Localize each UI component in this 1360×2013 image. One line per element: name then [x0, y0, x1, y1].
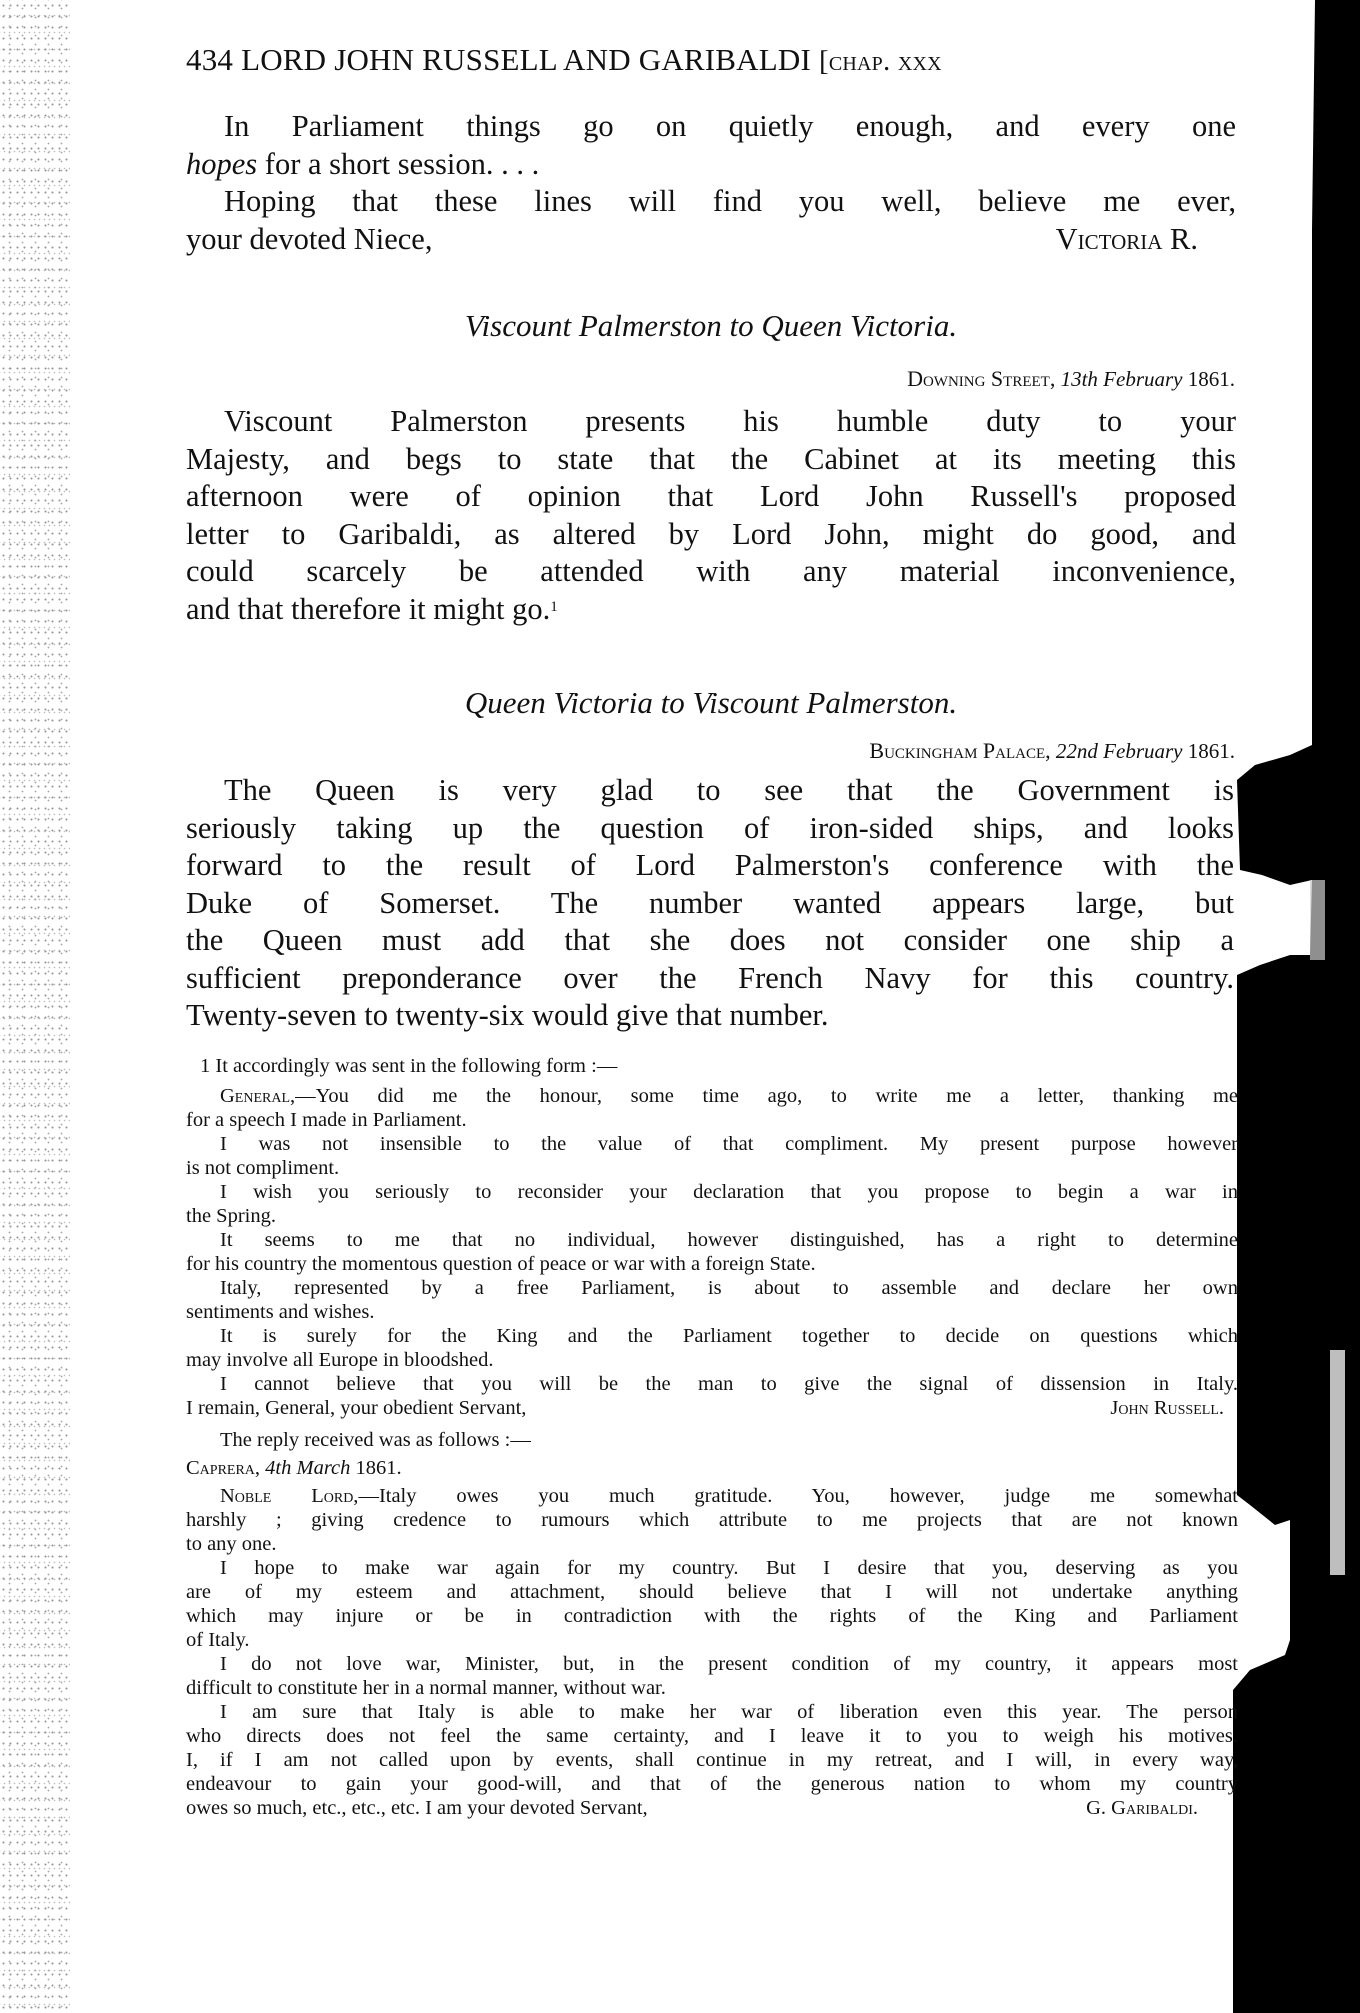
text-line: and that therefore it might go.1 — [186, 591, 1236, 629]
chapter-label: [chap. xxx — [819, 45, 942, 77]
text-line: Noble Lord,—Italy owes you much gratitud… — [186, 1484, 1238, 1508]
text-line: is not compliment. — [186, 1156, 1238, 1180]
date-year: 1861. — [1188, 739, 1235, 763]
signature: John Russell. — [1110, 1396, 1224, 1420]
dateline: Downing Street, 13th February 1861. — [907, 366, 1235, 392]
closing-line: your devoted Niece, Victoria R. — [186, 221, 1236, 259]
reply-dateline: Caprera, 4th March 1861. — [186, 1456, 1238, 1480]
text-line: to any one. — [186, 1532, 1238, 1556]
text: It accordingly was sent in the following… — [215, 1055, 617, 1077]
text-line: Italy, represented by a free Parliament,… — [186, 1276, 1238, 1300]
text-line: letter to Garibaldi, as altered by Lord … — [186, 516, 1236, 554]
text-line: hopes for a short session. . . . — [186, 146, 1236, 184]
footnote-intro: 1 It accordingly was sent in the followi… — [186, 1054, 1238, 1078]
text-line: It seems to me that no individual, howev… — [186, 1228, 1238, 1252]
text: —You did me the honour, some time ago, t… — [295, 1085, 1238, 1107]
text-line: I am sure that Italy is able to make her… — [186, 1700, 1238, 1724]
date-month: February — [1103, 367, 1182, 391]
text-line: I was not insensible to the value of tha… — [186, 1132, 1238, 1156]
text-line: who directs does not feel the same certa… — [186, 1724, 1238, 1748]
text-line: The Queen is very glad to see that the G… — [186, 772, 1234, 810]
text-line: could scarcely be attended with any mate… — [186, 553, 1236, 591]
text-line: Viscount Palmerston presents his humble … — [186, 403, 1236, 441]
closing: I remain, General, your obedient Servant… — [186, 1396, 526, 1420]
running-title: LORD JOHN RUSSELL AND GARIBALDI — [241, 42, 811, 77]
text-line: of Italy. — [186, 1628, 1238, 1652]
text-line: sentiments and wishes. — [186, 1300, 1238, 1324]
closing-line: owes so much, etc., etc., etc. I am your… — [186, 1796, 1238, 1820]
date-year: 1861. — [356, 1457, 402, 1479]
text-line: for a speech I made in Parliament. — [186, 1108, 1238, 1132]
date-day: 22nd — [1056, 739, 1098, 763]
text-line: I, if I am not called upon by events, sh… — [186, 1748, 1238, 1772]
running-head: 434 LORD JOHN RUSSELL AND GARIBALDI [cha… — [186, 42, 1241, 78]
text: and that therefore it might go. — [186, 592, 550, 626]
text-line: harshly ; giving credence to rumours whi… — [186, 1508, 1238, 1532]
text-line: endeavour to gain your good-will, and th… — [186, 1772, 1238, 1796]
date-month: February — [1103, 739, 1182, 763]
reply-intro: The reply received was as follows :— — [186, 1428, 1238, 1452]
signature: G. Garibaldi. — [1086, 1796, 1224, 1820]
salutation: Noble Lord, — [220, 1485, 358, 1507]
text-line: may involve all Europe in bloodshed. — [186, 1348, 1238, 1372]
text-line: seriously taking up the question of iron… — [186, 810, 1234, 848]
date-day: 4th — [265, 1457, 291, 1479]
letter-heading: Viscount Palmerston to Queen Victoria. — [186, 308, 1236, 344]
date-year: 1861. — [1188, 367, 1235, 391]
text-line: difficult to constitute her in a normal … — [186, 1676, 1238, 1700]
closing: owes so much, etc., etc., etc. I am your… — [186, 1796, 648, 1820]
signature: Victoria R. — [1056, 221, 1236, 259]
page-gutter-speckle — [0, 0, 70, 2013]
letter-body: The Queen is very glad to see that the G… — [186, 772, 1234, 1035]
text-line: I hope to make war again for my country.… — [186, 1556, 1238, 1580]
text-line: the Spring. — [186, 1204, 1238, 1228]
text-line: I wish you seriously to reconsider your … — [186, 1180, 1238, 1204]
text-line: which may injure or be in contradiction … — [186, 1604, 1238, 1628]
scanned-book-page: 434 LORD JOHN RUSSELL AND GARIBALDI [cha… — [0, 0, 1360, 2013]
text-line: the Queen must add that she does not con… — [186, 922, 1234, 960]
letter-body: Viscount Palmerston presents his humble … — [186, 403, 1236, 628]
text-line: Hoping that these lines will find you we… — [186, 183, 1236, 221]
text-line: In Parliament things go on quietly enoug… — [186, 108, 1236, 146]
footnote: 1 It accordingly was sent in the followi… — [186, 1054, 1238, 1820]
footnote-ref[interactable]: 1 — [550, 599, 558, 615]
place: Caprera, — [186, 1457, 260, 1479]
salutation: General, — [220, 1085, 295, 1107]
text: —Italy owes you much gratitude. You, how… — [358, 1485, 1238, 1507]
italic-word: hopes — [186, 147, 257, 181]
date-month: March — [297, 1457, 351, 1479]
date-day: 13th — [1061, 367, 1098, 391]
text-line: It is surely for the King and the Parlia… — [186, 1324, 1238, 1348]
place: Buckingham Palace, — [869, 738, 1050, 763]
text-line: forward to the result of Lord Palmerston… — [186, 847, 1234, 885]
text-line: for his country the momentous question o… — [186, 1252, 1238, 1276]
text-line: are of my esteem and attachment, should … — [186, 1580, 1238, 1604]
dateline: Buckingham Palace, 22nd February 1861. — [869, 738, 1235, 764]
text-line: Twenty-seven to twenty-six would give th… — [186, 997, 1234, 1035]
text-line: afternoon were of opinion that Lord John… — [186, 478, 1236, 516]
place: Downing Street, — [907, 366, 1055, 391]
text-line: sufficient preponderance over the French… — [186, 960, 1234, 998]
text-line: I do not love war, Minister, but, in the… — [186, 1652, 1238, 1676]
page-number: 434 — [186, 42, 233, 77]
footnote-marker: 1 — [200, 1055, 210, 1077]
closing-line: I remain, General, your obedient Servant… — [186, 1396, 1238, 1420]
text-line: General,—You did me the honour, some tim… — [186, 1084, 1238, 1108]
text-line: I cannot believe that you will be the ma… — [186, 1372, 1238, 1396]
text-line: Duke of Somerset. The number wanted appe… — [186, 885, 1234, 923]
letter-heading: Queen Victoria to Viscount Palmerston. — [186, 685, 1236, 721]
opening-paragraph: In Parliament things go on quietly enoug… — [186, 108, 1236, 258]
closing: your devoted Niece, — [186, 221, 432, 259]
text-line: Majesty, and begs to state that the Cabi… — [186, 441, 1236, 479]
